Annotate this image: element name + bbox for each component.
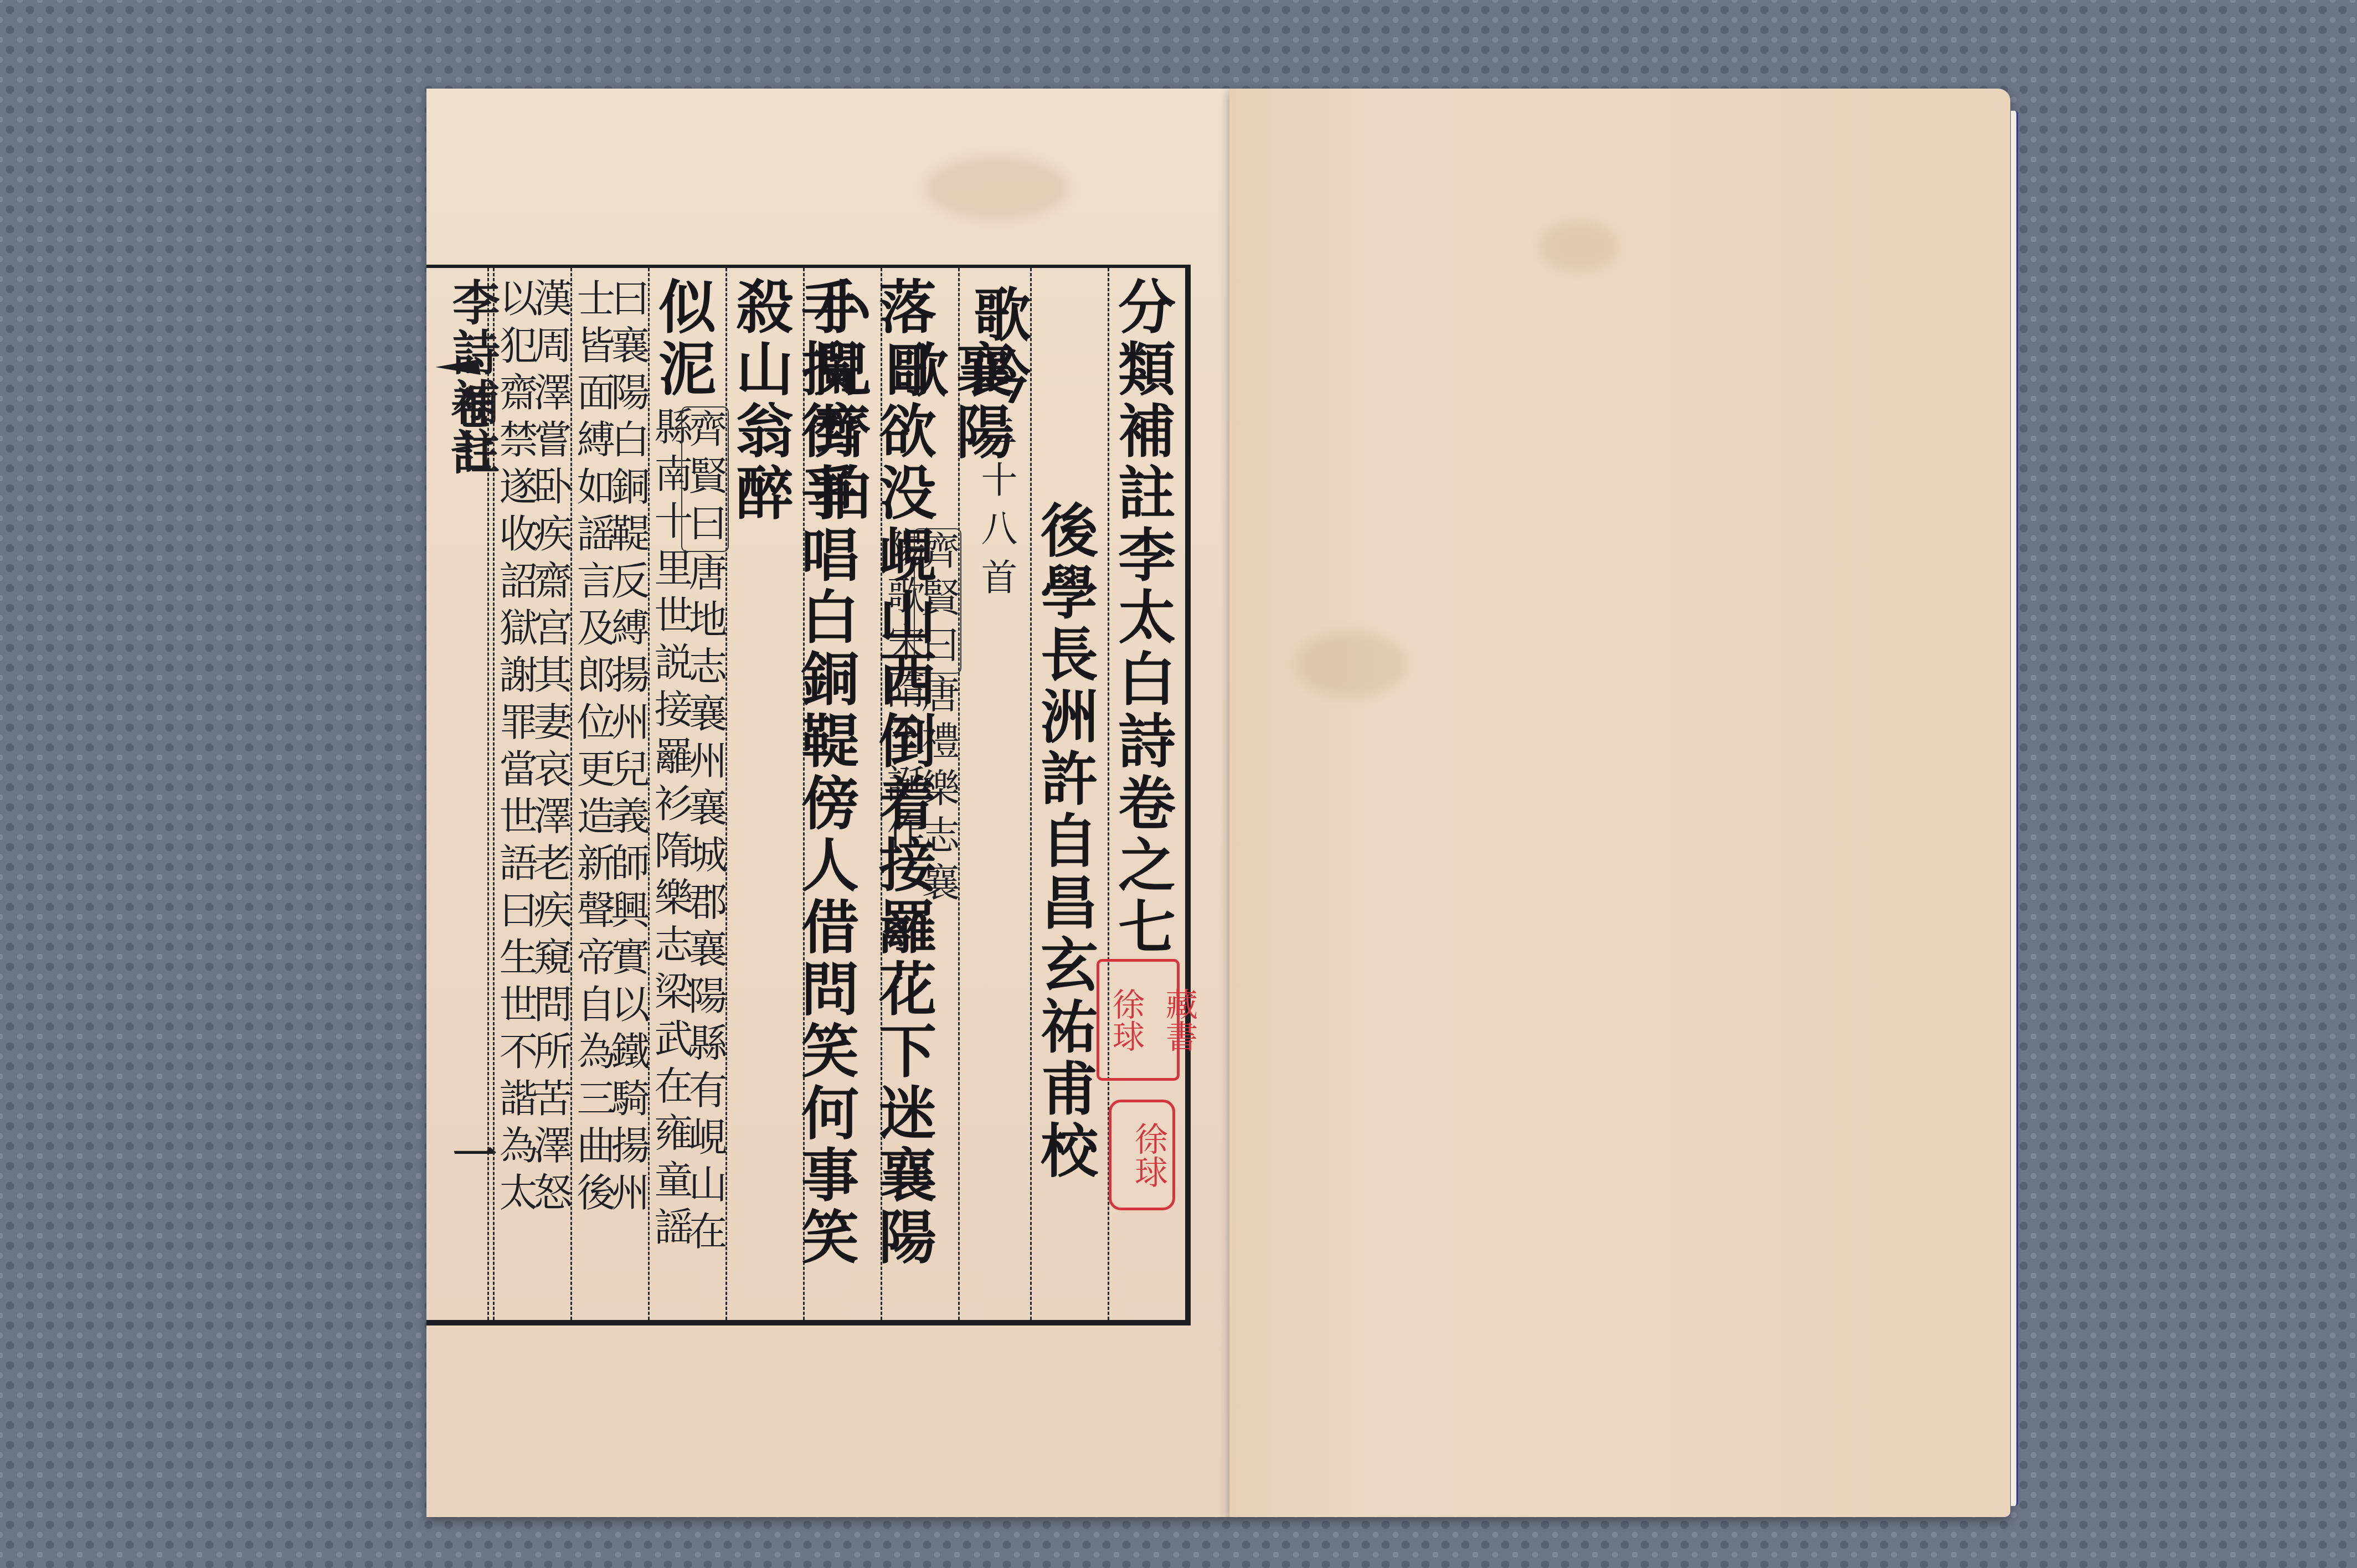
paper-stain [1540,221,1617,271]
column-note-1: 曰襄陽白銅鞮反縛揚州兒義師興實以鐵騎揚州 士皆面縛如謡言及郎位更造新聲帝自為三曲… [570,268,648,1320]
poem-line: 手攔街爭唱白銅鞮傍人借問笑何事笑殺山翁醉 [727,268,858,1320]
poem-line: 似泥 [650,268,715,404]
column-poem-with-note: 似泥 齊賢曰唐地志襄州襄城郡襄陽縣有峴山在 縣南十里世説接䍦衫隋樂志梁武在雍童謡 [648,268,725,1320]
seal-text: 徐球 [1111,1102,1172,1208]
seal-text-left: 藏書 [1152,962,1206,1078]
collector-seal-name: 徐球 [1109,1100,1175,1210]
note-right-column: 齊賢曰唐地志襄州襄城郡襄陽縣有峴山在 [688,406,722,1258]
paper-stain [925,155,1069,221]
volume-title: 分類補註李太白詩卷之七 [1109,268,1175,959]
note-label: 齊賢曰 [681,406,729,552]
cover-edge [2011,111,2018,1506]
column-editor: 後學長洲許自昌玄祐甫校 [1030,268,1108,1320]
paper-stain [1296,631,1407,698]
left-page: 李詩補註 卷七 一 分類補註李太白詩卷之七 後學長洲許自昌玄祐甫校 歌吟 [426,89,1230,1517]
note-right-column: 曰襄陽白銅鞮反縛揚州兒義師興實以鐵騎揚州 [610,278,645,1330]
printed-block: 李詩補註 卷七 一 分類補註李太白詩卷之七 後學長洲許自昌玄祐甫校 歌吟 [426,265,1191,1325]
open-book: 李詩補註 卷七 一 分類補註李太白詩卷之七 後學長洲許自昌玄祐甫校 歌吟 [426,89,2010,1528]
seal-text-right: 徐球 [1099,962,1152,1078]
right-page-blank [1229,89,2010,1517]
editor-credit: 後學長洲許自昌玄祐甫校 [1032,268,1097,1183]
column-note-2: 漢周澤嘗卧疾齋宫其妻哀澤老疾窺問所苦澤怒 以犯齋禁遂收詔獄謝罪當世語曰生世不諧為… [493,268,570,1320]
column-poem-line-2: 手攔街爭唱白銅鞮傍人借問笑何事笑殺山翁醉 [725,268,803,1320]
collector-seal-square: 徐球 藏書 [1097,959,1180,1081]
text-columns: 分類補註李太白詩卷之七 後學長洲許自昌玄祐甫校 歌吟 二十八首 襄陽歌 [487,268,1185,1320]
block-margin: 李詩補註 卷七 一 [426,268,489,1320]
note-right-column: 漢周澤嘗卧疾齋宫其妻哀澤老疾窺問所苦澤怒 [533,278,567,1330]
